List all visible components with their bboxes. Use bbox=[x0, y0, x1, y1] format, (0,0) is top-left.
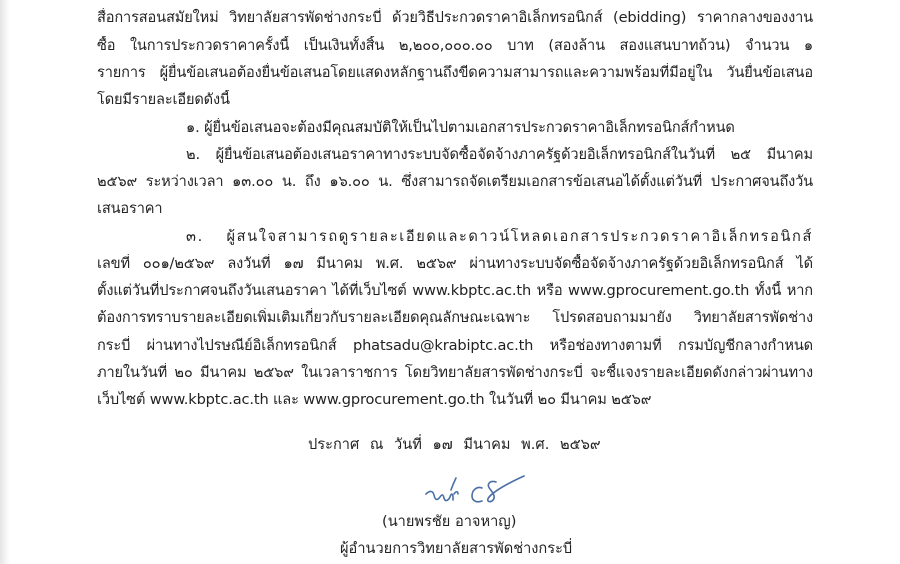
announcement-document: สื่อการสอนสมัยใหม่ วิทยาลัยสารพัดช่างกระ… bbox=[0, 0, 900, 564]
item-1-line-1: ๑. ผู้ยื่นข้อเสนอจะต้องมีคุณสมบัติให้เป็… bbox=[186, 118, 813, 138]
intro-line-1: สื่อการสอนสมัยใหม่ วิทยาลัยสารพัดช่างกระ… bbox=[97, 8, 813, 28]
signatory-title: ผู้อำนวยการวิทยาลัยสารพัดช่างกระบี่ bbox=[340, 539, 660, 559]
item-3-line-7: เว็บไซต์ www.kbptc.ac.th และ www.gprocur… bbox=[97, 390, 813, 410]
signatory-name: (นายพรชัย อาจหาญ) bbox=[382, 512, 682, 532]
item-2-line-3: เสนอราคา bbox=[97, 199, 813, 219]
item-2-line-1: ๒. ผู้ยื่นข้อเสนอต้องเสนอราคาทางระบบจัดซ… bbox=[186, 145, 813, 165]
item-2-line-2: ๒๕๖๙ ระหว่างเวลา ๑๓.๐๐ น. ถึง ๑๖.๐๐ น. ซ… bbox=[97, 172, 813, 192]
intro-line-2: ซื้อ ในการประกวดราคาครั้งนี้ เป็นเงินทั้… bbox=[97, 36, 813, 56]
intro-line-3: รายการ ผู้ยื่นข้อเสนอต้องยื่นข้อเสนอโดยแ… bbox=[97, 63, 813, 83]
item-3-line-4: ต้องการทราบรายละเอียดเพิ่มเติมเกี่ยวกับร… bbox=[97, 308, 813, 328]
intro-line-4: โดยมีรายละเอียดดังนี้ bbox=[97, 90, 813, 110]
item-3-line-3: ตั้งแต่วันที่ประกาศจนถึงวันเสนอราคา ได้ท… bbox=[97, 281, 813, 301]
item-3-line-1: ๓. ผู้สนใจสามารถดูรายละเอียดและดาวน์โหลด… bbox=[186, 227, 813, 247]
announcement-date: ประกาศ ณ วันที่ ๑๗ มีนาคม พ.ศ. ๒๕๖๙ bbox=[308, 435, 708, 455]
item-3-line-6: ภายในวันที่ ๒๐ มีนาคม ๒๕๖๙ ในเวลาราชการ … bbox=[97, 363, 813, 383]
item-3-line-2: เลขที่ ๐๐๑/๒๕๖๙ ลงวันที่ ๑๗ มีนาคม พ.ศ. … bbox=[97, 254, 813, 274]
item-3-line-5: กระบี่ ผ่านทางไปรษณีย์อิเล็กทรอนิกส์ pha… bbox=[97, 336, 813, 356]
signature-icon bbox=[400, 470, 560, 512]
